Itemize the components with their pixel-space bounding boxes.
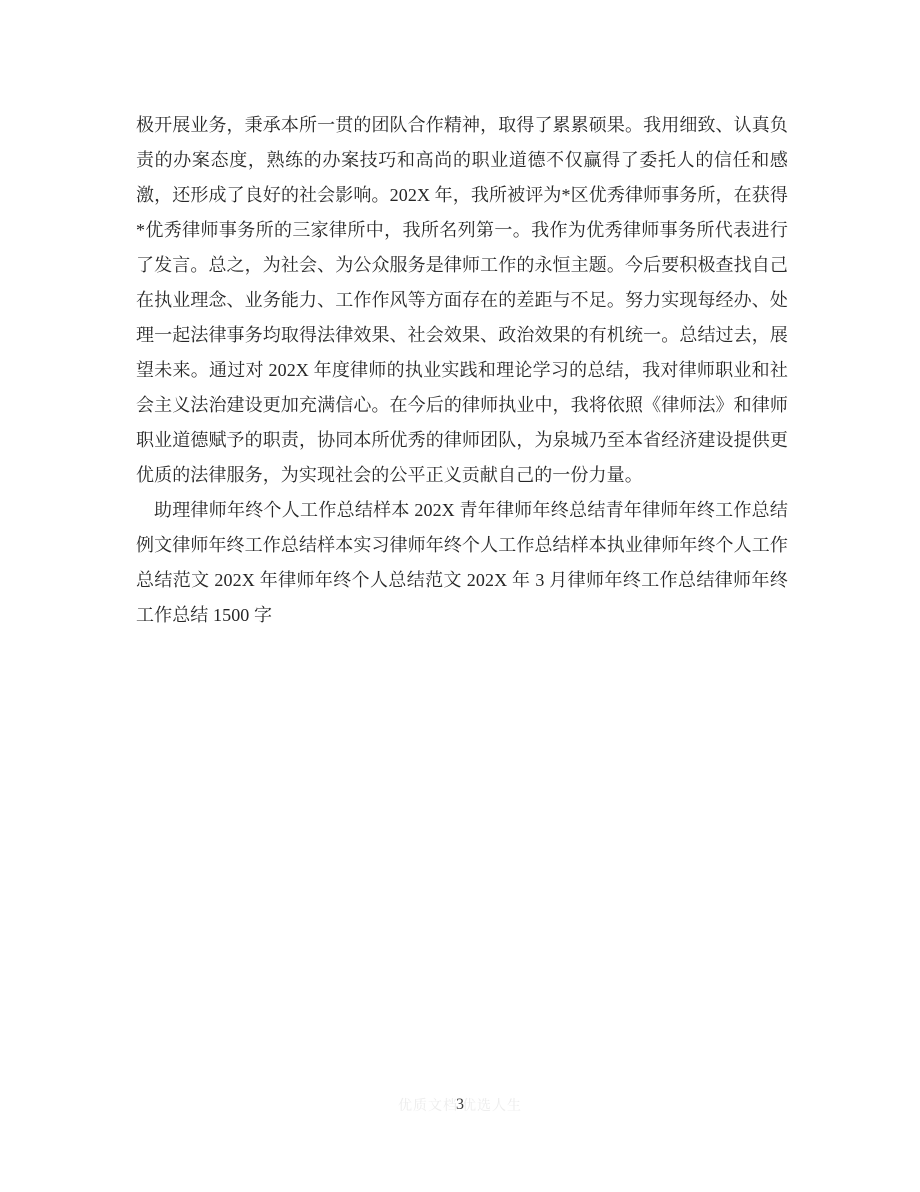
page-number: 3: [456, 1096, 464, 1114]
footer-watermark-left: 优质文档: [398, 1095, 458, 1115]
body-paragraph-1: 极开展业务，秉承本所一贯的团队合作精神，取得了累累硕果。我用细致、认真负责的办案…: [136, 108, 788, 493]
document-page: 极开展业务，秉承本所一贯的团队合作精神，取得了累累硕果。我用细致、认真负责的办案…: [0, 0, 920, 1192]
body-paragraph-2: 助理律师年终个人工作总结样本 202X 青年律师年终总结青年律师年终工作总结例文…: [136, 493, 788, 633]
page-footer: 优质文档 3 优选人生: [0, 1095, 920, 1115]
footer-watermark-right: 优选人生: [462, 1095, 522, 1115]
document-body: 极开展业务，秉承本所一贯的团队合作精神，取得了累累硕果。我用细致、认真负责的办案…: [136, 108, 788, 633]
